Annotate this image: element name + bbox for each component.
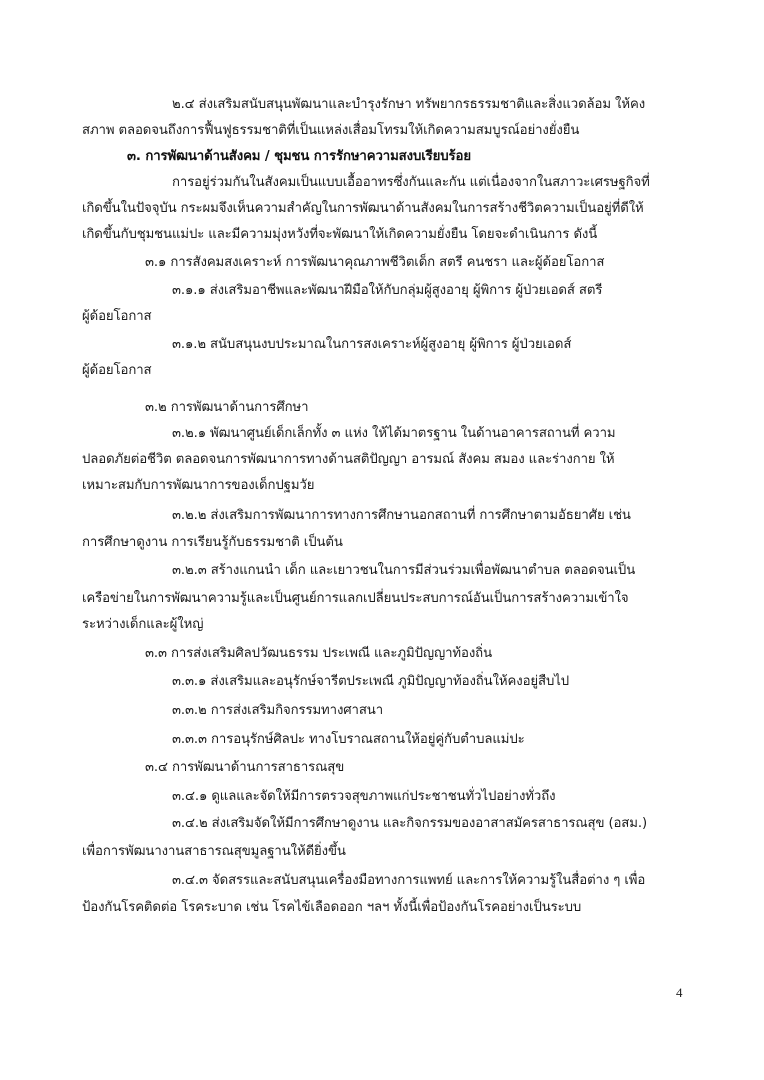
item-3-2-1-line-1: ๓.๒.๑ พัฒนาศูนย์เด็กเล็กทั้ง ๓ แห่ง ให้ไ…: [172, 424, 615, 444]
item-3-2-2-line-1: ๓.๒.๒ ส่งเสริมการพัฒนาการทางการศึกษานอกส…: [172, 506, 631, 526]
item-3-2-3-line-3: ระหว่างเด็กและผู้ใหญ่: [82, 615, 203, 635]
subsection-3-2-heading: ๓.๒ การพัฒนาด้านการศึกษา: [145, 398, 308, 418]
item-3-4-1: ๓.๔.๑ ดูแลและจัดให้มีการตรวจสุขภาพแก่ประ…: [172, 787, 555, 807]
item-3-4-2-line-1: ๓.๔.๒ ส่งเสริมจัดให้มีการศึกษาดูงาน และก…: [172, 814, 647, 834]
document-page: ๒.๔ ส่งเสริมสนับสนุนพัฒนาและบำรุงรักษา ท…: [0, 0, 764, 1080]
item-3-2-1-line-2: ปลอดภัยต่อชีวิต ตลอดจนการพัฒนาการทางด้าน…: [82, 450, 615, 470]
item-3-2-3-line-1: ๓.๒.๓ สร้างแกนนำ เด็ก และเยาวชนในการมีส่…: [172, 561, 635, 581]
item-3-4-3-line-1: ๓.๔.๓ จัดสรรและสนับสนุนเครื่องมือทางการแ…: [172, 871, 645, 891]
subsection-3-4-heading: ๓.๔ การพัฒนาด้านการสาธารณสุข: [145, 758, 344, 778]
item-3-1-2-line-2: ผู้ด้อยโอกาส: [82, 361, 151, 381]
section-3-heading: ๓. การพัฒนาด้านสังคม / ชุมชน การรักษาควา…: [127, 147, 471, 167]
intro-paragraph-line-3: เกิดขึ้นกับชุมชนแม่ปะ และมีความมุ่งหวังท…: [82, 225, 597, 245]
paragraph-2-4-line-2: สภาพ ตลอดจนถึงการฟื้นฟูธรรมชาติที่เป็นแห…: [82, 121, 579, 141]
intro-paragraph-line-1: การอยู่ร่วมกันในสังคมเป็นแบบเอื้ออาทรซึ่…: [172, 173, 650, 193]
item-3-3-2: ๓.๓.๒ การส่งเสริมกิจกรรมทางศาสนา: [172, 701, 383, 721]
subsection-3-3-heading: ๓.๓ การส่งเสริมศิลปวัฒนธรรม ประเพณี และภ…: [145, 644, 492, 664]
item-3-2-3-line-2: เครือข่ายในการพัฒนาความรู้และเป็นศูนย์กา…: [82, 589, 629, 609]
item-3-4-3-line-2: ป้องกันโรคติดต่อ โรคระบาด เช่น โรคไข้เลื…: [82, 898, 581, 918]
item-3-3-1: ๓.๓.๑ ส่งเสริมและอนุรักษ์จารีตประเพณี ภู…: [172, 672, 569, 692]
item-3-1-2-line-1: ๓.๑.๒ สนับสนุนงบประมาณในการสงเคราะห์ผู้ส…: [172, 335, 571, 355]
item-3-4-2-line-2: เพื่อการพัฒนางานสาธารณสุขมูลฐานให้ดียิ่ง…: [82, 842, 346, 862]
subsection-3-1-heading: ๓.๑ การสังคมสงเคราะห์ การพัฒนาคุณภาพชีวิ…: [145, 253, 604, 273]
page-number: 4: [676, 985, 683, 1001]
item-3-1-1-line-2: ผู้ด้อยโอกาส: [82, 307, 151, 327]
intro-paragraph-line-2: เกิดขึ้นในปัจจุบัน กระผมจึงเห็นความสำคัญ…: [82, 199, 644, 219]
item-3-3-3: ๓.๓.๓ การอนุรักษ์ศิลปะ ทางโบราณสถานให้อย…: [172, 730, 525, 750]
item-3-2-1-line-3: เหมาะสมกับการพัฒนาการของเด็กปฐมวัย: [82, 476, 314, 496]
paragraph-2-4-line-1: ๒.๔ ส่งเสริมสนับสนุนพัฒนาและบำรุงรักษา ท…: [172, 95, 708, 115]
item-3-2-2-line-2: การศึกษาดูงาน การเรียนรู้กับธรรมชาติ เป็…: [82, 533, 343, 553]
item-3-1-1-line-1: ๓.๑.๑ ส่งเสริมอาชีพและพัฒนาฝีมือให้กับกล…: [172, 281, 602, 301]
